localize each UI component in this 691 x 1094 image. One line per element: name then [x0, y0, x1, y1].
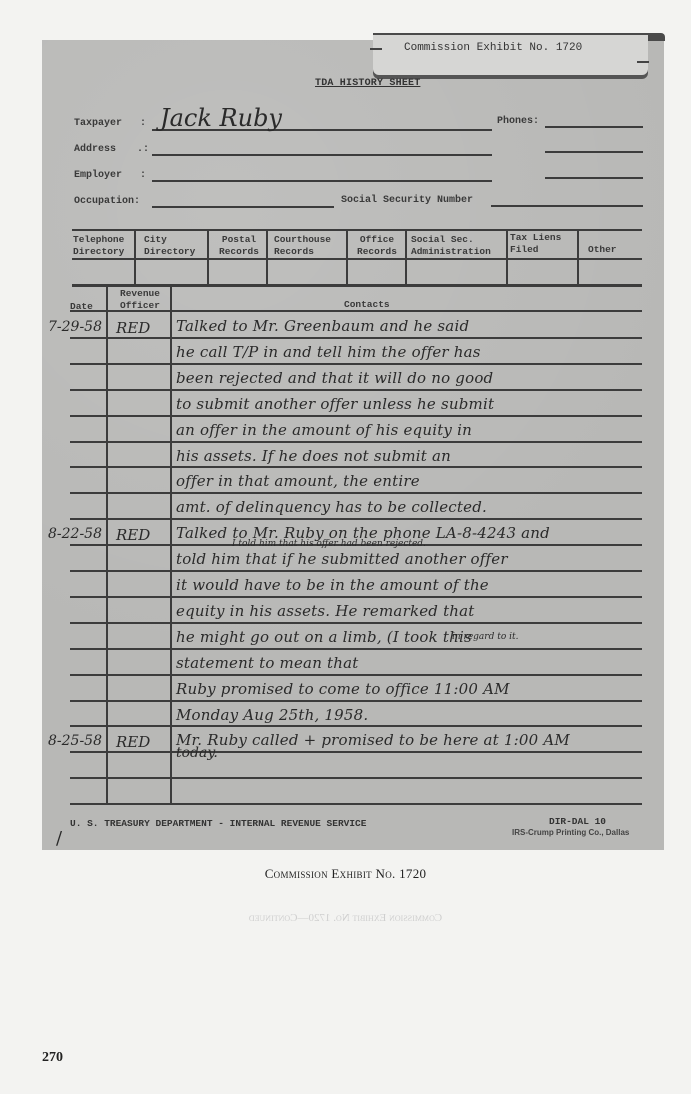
col-divider: [134, 231, 136, 284]
header-revenue-officer: Revenue Officer: [110, 288, 170, 312]
col-divider: [266, 231, 268, 284]
header-line: Courthouse: [274, 234, 331, 246]
row-date: 7-29-58: [48, 319, 102, 335]
form-number: DIR-DAL 10: [549, 816, 606, 827]
row-contact-text: offer in that amount, the entire: [176, 472, 420, 490]
row-contact-text: to submit another offer unless he submit: [176, 395, 494, 413]
sources-table-divider: [72, 258, 642, 260]
sources-table-top: [72, 229, 642, 231]
contacts-header-rule: [70, 310, 642, 312]
col-divider: [405, 231, 407, 284]
page-number: 270: [42, 1050, 63, 1066]
row-date: 8-25-58: [48, 733, 102, 749]
header-line: Telephone: [73, 234, 124, 246]
colon: .:: [137, 144, 149, 155]
row-rule: [70, 803, 642, 805]
printer-credit: IRS-Crump Printing Co., Dallas: [512, 828, 629, 837]
row-rule: [70, 363, 642, 365]
row-rule: [70, 570, 642, 572]
row-rule: [70, 337, 642, 339]
colon: :: [140, 170, 146, 181]
tab-dash-right: [637, 61, 649, 63]
header-line: Revenue: [110, 288, 170, 300]
employer-label: Employer: [74, 170, 122, 181]
row-rule: [70, 466, 642, 468]
sources-table-bottom: [72, 284, 642, 287]
occupation-field-line[interactable]: [152, 206, 334, 208]
row-officer: RED: [116, 319, 150, 337]
row-contact-text-continued: today.: [176, 745, 218, 761]
form-title: TDA HISTORY SHEET: [315, 78, 420, 89]
row-contact-text: Monday Aug 25th, 1958.: [176, 706, 368, 724]
row-rule: [70, 492, 642, 494]
row-contact-text: Talked to Mr. Greenbaum and he said: [176, 317, 469, 335]
row-rule: [70, 441, 642, 443]
header-line: Directory: [73, 246, 124, 258]
header-line: Administration: [411, 246, 491, 258]
header-social-sec-administration: Social Sec. Administration: [411, 234, 491, 258]
row-contact-text: been rejected and that it will do no goo…: [176, 369, 493, 387]
row-contact-text: amt. of delinquency has to be collected.: [176, 498, 487, 516]
row-contact-text: Mr. Ruby called + promised to be here at…: [176, 731, 570, 749]
row-contact-text: an offer in the amount of his equity in: [176, 421, 472, 439]
header-line: Tax Liens: [510, 232, 561, 244]
row-rule: [70, 751, 642, 753]
tab-dash-left: [370, 48, 382, 50]
row-rule: [70, 674, 642, 676]
phones-field-line-3[interactable]: [545, 177, 643, 179]
bleed-through-text: Commission Exhibit No. 1720—Continued: [0, 912, 691, 924]
row-contact-text: it would have to be in the amount of the: [176, 576, 489, 594]
header-courthouse-records: Courthouse Records: [274, 234, 331, 258]
phones-label: Phones:: [497, 116, 539, 127]
row-officer: RED: [116, 733, 150, 751]
header-line: Records: [274, 246, 331, 258]
header-line: Directory: [144, 246, 195, 258]
col-divider: [346, 231, 348, 284]
row-date: 8-22-58: [48, 526, 102, 542]
row-rule: [70, 648, 642, 650]
row-contact-text: equity in his assets. He remarked that: [176, 602, 475, 620]
header-line: Filed: [510, 244, 561, 256]
row-contact-text: his assets. If he does not submit an: [176, 447, 451, 465]
address-label: Address: [74, 144, 116, 155]
address-field-line[interactable]: [152, 154, 492, 156]
row-rule: [70, 622, 642, 624]
exhibit-tab-label: Commission Exhibit No. 1720: [404, 42, 582, 54]
header-office-records: Office Records: [352, 234, 402, 258]
row-rule: [70, 596, 642, 598]
row-contact-text: Ruby promised to come to office 11:00 AM: [176, 680, 510, 698]
header-line: Social Sec.: [411, 234, 491, 246]
col-divider: [577, 231, 579, 284]
header-line: Records: [215, 246, 263, 258]
phones-field-line-2[interactable]: [545, 151, 643, 153]
employer-field-line[interactable]: [152, 180, 492, 182]
agency-label: U. S. TREASURY DEPARTMENT - INTERNAL REV…: [70, 818, 366, 829]
header-tax-liens-filed: Tax Liens Filed: [510, 232, 561, 256]
col-divider: [506, 231, 508, 284]
header-city-directory: City Directory: [144, 234, 195, 258]
row-rule: [70, 725, 642, 727]
header-telephone-directory: Telephone Directory: [73, 234, 124, 258]
ssn-field-line[interactable]: [491, 205, 643, 207]
taxpayer-label: Taxpayer: [74, 118, 122, 129]
row-insert-note: in regard to it.: [452, 632, 518, 642]
officer-column-divider: [170, 287, 172, 805]
form-sheet: [42, 40, 664, 850]
exhibit-caption: Commission Exhibit No. 1720: [0, 866, 691, 882]
header-line: City: [144, 234, 195, 246]
taxpayer-value: Jack Ruby: [160, 104, 282, 132]
row-rule: [70, 415, 642, 417]
row-rule: [70, 518, 642, 520]
col-divider: [207, 231, 209, 284]
phones-field-line[interactable]: [545, 126, 643, 128]
header-line: Postal: [215, 234, 263, 246]
header-other: Other: [588, 244, 617, 256]
occupation-label: Occupation:: [74, 196, 140, 207]
header-postal-records: Postal Records: [215, 234, 263, 258]
header-line: Office: [352, 234, 402, 246]
row-contact-text: statement to mean that: [176, 654, 359, 672]
row-contact-text: he might go out on a limb, (I took this: [176, 628, 472, 646]
margin-mark: /: [56, 828, 62, 849]
row-rule: [70, 777, 642, 779]
header-line: Records: [352, 246, 402, 258]
date-column-divider: [106, 287, 108, 805]
row-contact-text: he call T/P in and tell him the offer ha…: [176, 343, 481, 361]
colon: :: [140, 118, 146, 129]
ssn-label: Social Security Number: [341, 195, 473, 206]
row-insert-note: I told him that his offer had been rejec…: [232, 539, 426, 549]
row-contact-text: told him that if he submitted another of…: [176, 550, 508, 568]
row-rule: [70, 389, 642, 391]
row-officer: RED: [116, 526, 150, 544]
row-rule: [70, 700, 642, 702]
